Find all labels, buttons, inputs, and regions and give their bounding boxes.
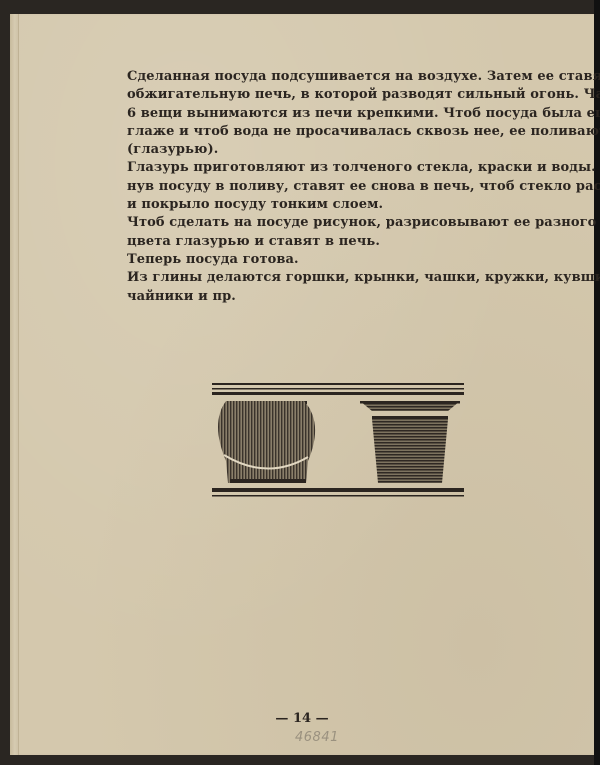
inventory-stamp: 46841 [295, 730, 339, 745]
text-line: 6 вещи вынимаются из печи крепкими. Чтоб… [87, 105, 573, 123]
paragraph-products: Из глины делаются горшки, крынки, чашки,… [87, 269, 573, 306]
text-line: и покрыло посуду тонким слоем. [87, 196, 573, 214]
text-line: Глазурь приготовляют из толченого стекла… [87, 159, 573, 177]
page-number: — 14 — [10, 711, 594, 726]
text-line: Сделанная посуда подсушивается на воздух… [87, 68, 573, 86]
book-page: Сделанная посуда подсушивается на воздух… [10, 14, 594, 755]
page-edge [10, 14, 19, 755]
flared-pot-icon [360, 401, 460, 483]
paragraph-firing: Сделанная посуда подсушивается на воздух… [87, 68, 573, 159]
text-line: цвета глазурью и ставят в печь. [87, 233, 573, 251]
paragraph-drawing: Чтоб сделать на посуде рисунок, разрисов… [87, 214, 573, 251]
paragraph-ready: Теперь посуда готова. [87, 251, 573, 269]
text-line: обжигательную печь, в которой разводят с… [87, 86, 573, 104]
text-line: нув посуду в поливу, ставят ее снова в п… [87, 178, 573, 196]
pottery-illustration [212, 379, 466, 501]
round-pot-icon [212, 401, 324, 485]
text-line: Теперь посуда готова. [87, 251, 573, 269]
paragraph-glaze: Глазурь приготовляют из толченого стекла… [87, 159, 573, 214]
top-rule [212, 383, 464, 385]
body-text: Сделанная посуда подсушивается на воздух… [87, 68, 573, 306]
text-line: Из глины делаются горшки, крынки, чашки,… [87, 269, 573, 287]
text-line: (глазурью). [87, 141, 573, 159]
text-line: глаже и чтоб вода не просачивалась сквоз… [87, 123, 573, 141]
bottom-rule [212, 488, 464, 492]
text-line: чайники и пр. [87, 288, 573, 306]
text-line: Чтоб сделать на посуде рисунок, разрисов… [87, 214, 573, 232]
